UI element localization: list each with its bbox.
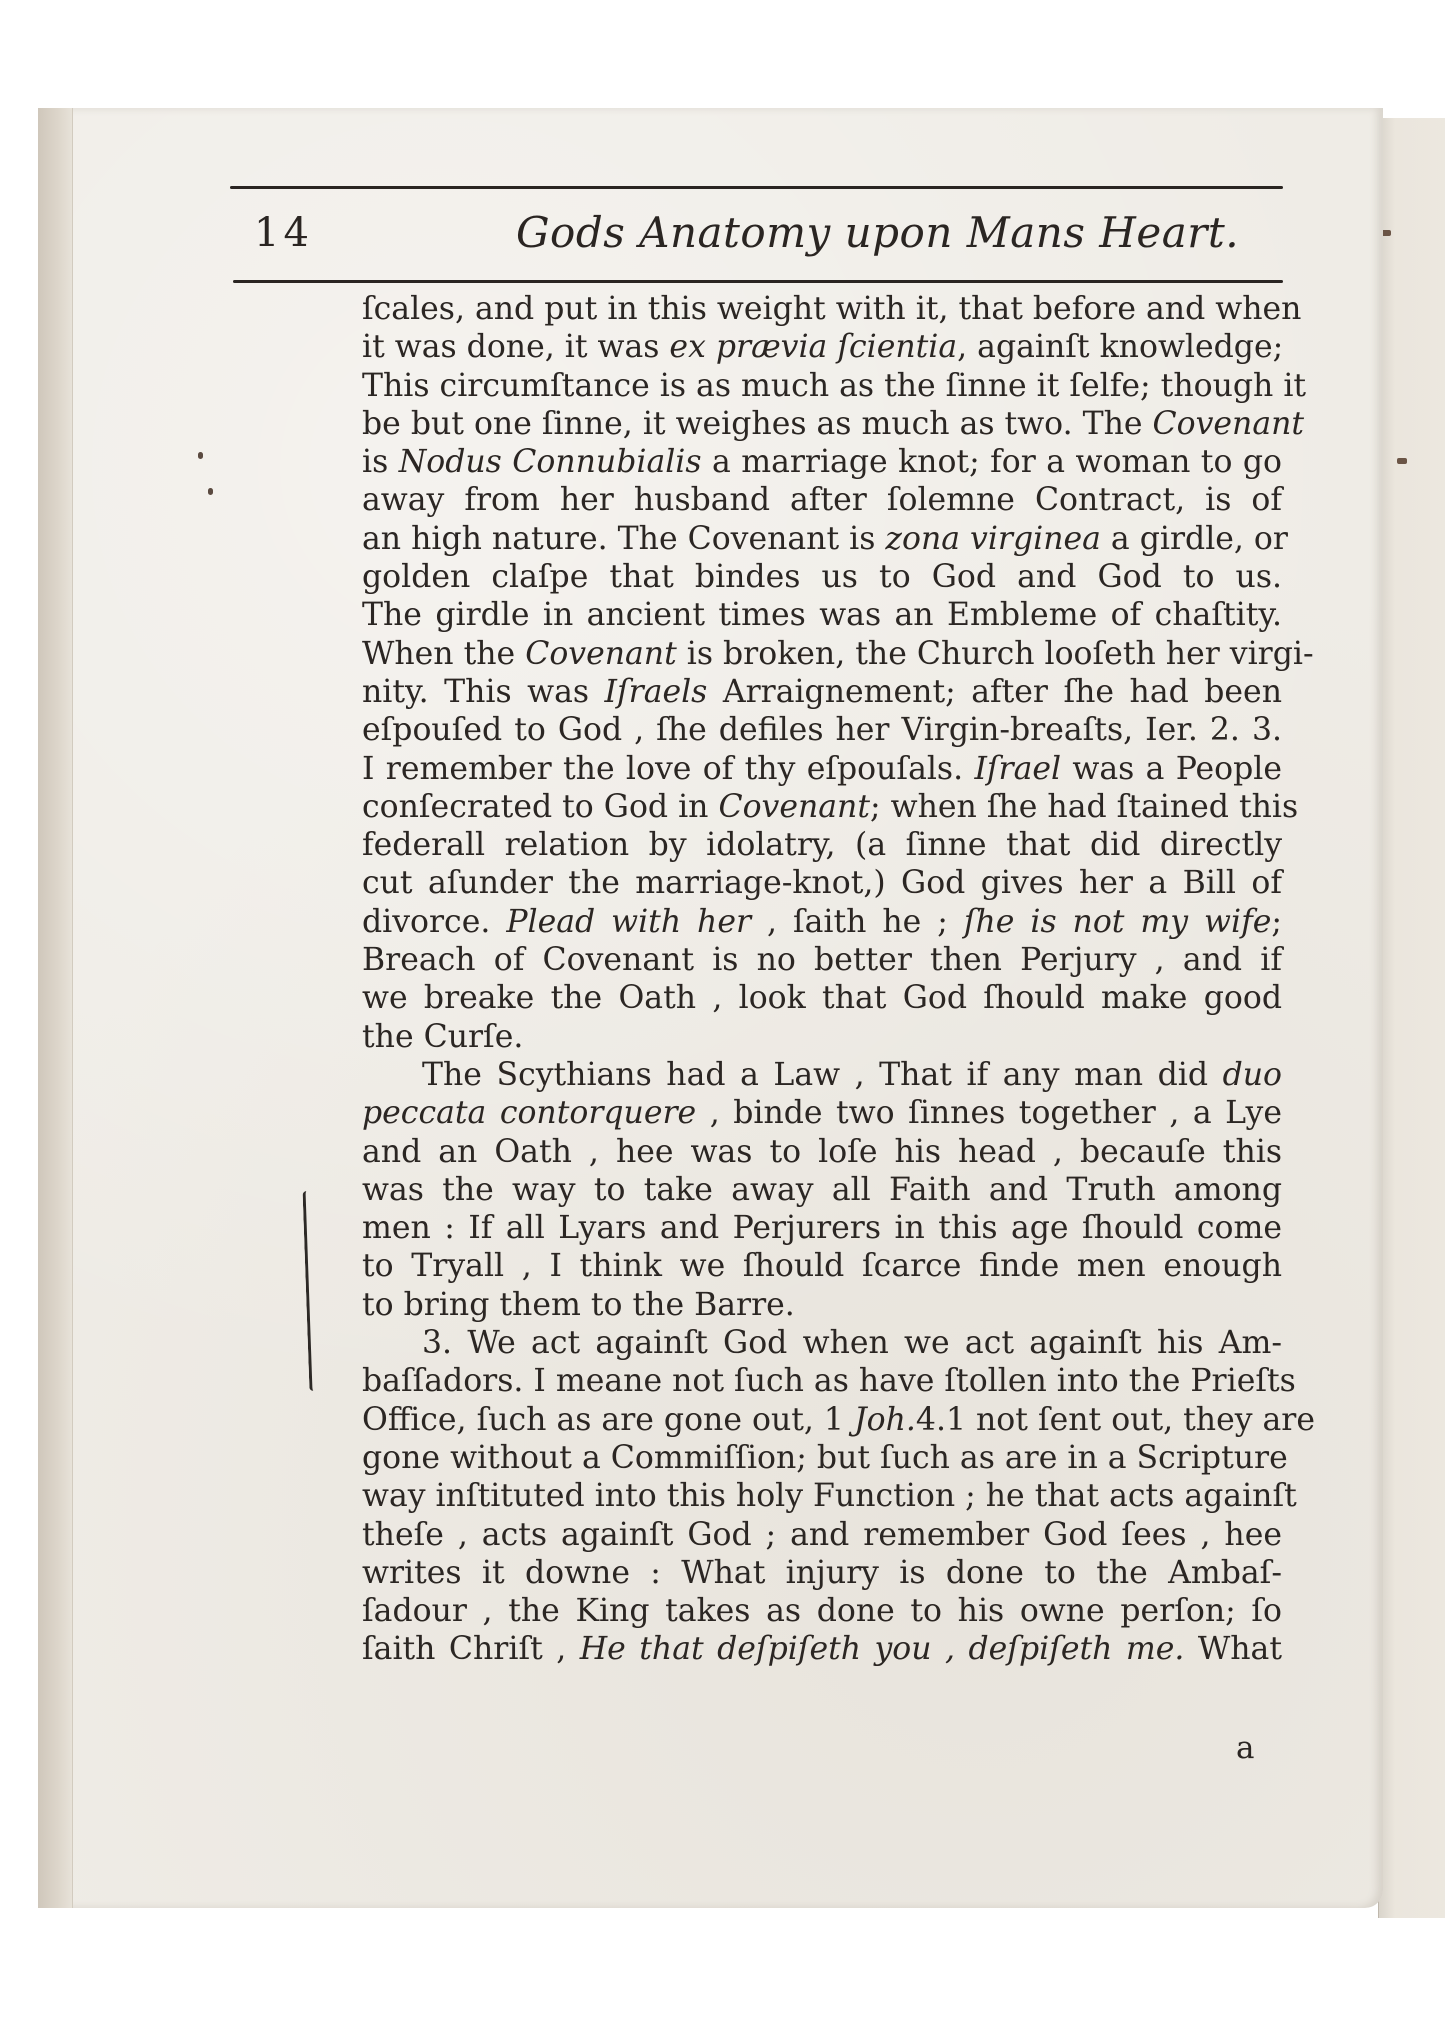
text-line: federall relation by idolatry, (a ſinne … — [362, 826, 1282, 864]
text-line: peccata contorquere , binde two ſinnes t… — [362, 1094, 1282, 1132]
italic-text: Covenant — [525, 636, 677, 672]
italic-text: Iſrael — [974, 751, 1061, 787]
text-segment: nity. This was — [362, 674, 605, 710]
text-segment: conſecrated to God in — [362, 789, 718, 825]
text-line: baſſadors. I meane not ſuch as have ſtol… — [362, 1362, 1282, 1400]
header-rule-top — [230, 186, 1283, 189]
text-segment: was the way to take away all Faith and T… — [362, 1172, 1282, 1208]
text-segment: theſe , acts againſt God ; and remember … — [362, 1517, 1282, 1553]
running-head: 14 Gods Anatomy upon Mans Heart. — [230, 204, 1283, 270]
text-line: gone without a Commiſſion; but ſuch as a… — [362, 1439, 1282, 1477]
text-segment: an high nature. The Covenant is — [362, 521, 885, 557]
text-line: nity. This was Iſraels Arraignement; aft… — [362, 673, 1282, 711]
text-line: ſaith Chriſt , He that deſpiſeth you , d… — [362, 1630, 1282, 1668]
text-line: 3. We act againſt God when we act againſ… — [362, 1324, 1282, 1362]
text-line: it was done, it was ex prævia ſcientia, … — [362, 328, 1282, 366]
text-line: ſadour , the King takes as done to his o… — [362, 1592, 1282, 1630]
text-line: The girdle in ancient times was an Emble… — [362, 596, 1282, 634]
text-segment: ſadour , the King takes as done to his o… — [362, 1593, 1282, 1629]
text-segment: federall relation by idolatry, (a ſinne … — [362, 827, 1282, 863]
text-segment: writes it downe : What injury is done to… — [362, 1555, 1282, 1591]
text-segment: I remember the love of thy eſpouſals. — [362, 751, 974, 787]
text-line: and an Oath , hee was to loſe his head ,… — [362, 1133, 1282, 1171]
text-line: When the Covenant is broken, the Church … — [362, 635, 1282, 673]
text-segment: to bring them to the Barre. — [362, 1287, 795, 1323]
text-line: I remember the love of thy eſpouſals. Iſ… — [362, 750, 1282, 788]
text-segment: ſcales, and put in this weight with it, … — [362, 291, 1301, 327]
text-segment: gone without a Commiſſion; but ſuch as a… — [362, 1440, 1288, 1476]
italic-text: Joh. — [854, 1402, 916, 1438]
text-segment: This circumſtance is as much as the ſinn… — [362, 368, 1306, 404]
text-segment: it was done, it was — [362, 329, 669, 365]
italic-text: duo — [1223, 1057, 1282, 1093]
text-segment: men : If all Lyars and Perjurers in this… — [362, 1210, 1282, 1246]
text-segment: eſpouſed to God , ſhe defiles her Virgin… — [362, 712, 1282, 748]
italic-text: ex prævia ſcientia — [669, 329, 957, 365]
book-page: 14 Gods Anatomy upon Mans Heart. ſcales,… — [38, 108, 1383, 1908]
text-segment: we breake the Oath , look that God ſhoul… — [362, 980, 1282, 1016]
text-line: cut aſunder the marriage-knot,) God give… — [362, 864, 1282, 902]
text-line: The Scythians had a Law , That if any ma… — [362, 1056, 1282, 1094]
text-segment: to Tryall , I think we ſhould ſcarce fin… — [362, 1248, 1282, 1284]
next-page-edge — [1378, 118, 1445, 1918]
text-line: divorce. Plead with her , ſaith he ; ſhe… — [362, 903, 1282, 941]
text-segment: divorce. — [362, 904, 506, 940]
text-segment: golden claſpe that bindes us to God and … — [362, 559, 1282, 595]
text-segment: When the — [362, 636, 525, 672]
text-segment: , againſt knowledge; — [957, 329, 1283, 365]
text-segment: ; when ſhe had ſtained this — [870, 789, 1298, 825]
text-line: Breach of Covenant is no better then Per… — [362, 941, 1282, 979]
text-segment: a girdle, or — [1101, 521, 1288, 557]
text-segment: The girdle in ancient times was an Emble… — [362, 597, 1282, 633]
text-segment: ſaith Chriſt , — [362, 1631, 580, 1667]
book-spread: 14 Gods Anatomy upon Mans Heart. ſcales,… — [0, 0, 1445, 2023]
text-segment: baſſadors. I meane not ſuch as have ſtol… — [362, 1363, 1296, 1399]
margin-annotation-bracket — [303, 1191, 317, 1391]
text-line: an high nature. The Covenant is zona vir… — [362, 520, 1282, 558]
text-line: ſcales, and put in this weight with it, … — [362, 290, 1282, 328]
text-segment: 3. We act againſt God when we act againſ… — [422, 1325, 1282, 1361]
text-line: eſpouſed to God , ſhe defiles her Virgin… — [362, 711, 1282, 749]
italic-text: Plead with her — [506, 904, 751, 940]
text-line: Office, ſuch as are gone out, 1 Joh.4.1 … — [362, 1401, 1282, 1439]
text-segment: be but one ſinne, it weighes as much as … — [362, 406, 1153, 442]
body-text: ſcales, and put in this weight with it, … — [362, 290, 1282, 1669]
italic-text: Iſraels — [605, 674, 708, 710]
italic-text: peccata contorquere — [362, 1095, 696, 1131]
text-line: golden claſpe that bindes us to God and … — [362, 558, 1282, 596]
text-line: men : If all Lyars and Perjurers in this… — [362, 1209, 1282, 1247]
text-line: to Tryall , I think we ſhould ſcarce fin… — [362, 1247, 1282, 1285]
text-segment: is — [362, 444, 399, 480]
italic-text: He that deſpiſeth you , deſpiſeth me. — [580, 1631, 1185, 1667]
margin-mark — [198, 452, 203, 459]
text-line: was the way to take away all Faith and T… — [362, 1171, 1282, 1209]
italic-text: Nodus Connubialis — [399, 444, 702, 480]
text-line: theſe , acts againſt God ; and remember … — [362, 1516, 1282, 1554]
text-segment: , ſaith he ; — [751, 904, 964, 940]
text-line: This circumſtance is as much as the ſinn… — [362, 367, 1282, 405]
text-line: way inſtituted into this holy Function ;… — [362, 1477, 1282, 1515]
text-segment: way inſtituted into this holy Function ;… — [362, 1478, 1297, 1514]
italic-text: Covenant — [718, 789, 870, 825]
text-segment: was a People — [1061, 751, 1282, 787]
page-number: 14 — [254, 210, 313, 256]
text-segment: the Curſe. — [362, 1019, 523, 1055]
text-line: be but one ſinne, it weighes as much as … — [362, 405, 1282, 443]
text-segment: , binde two ſinnes together , a Lye — [696, 1095, 1282, 1131]
text-segment: is broken, the Church looſeth her virgi- — [677, 636, 1314, 672]
italic-text: zona virginea — [885, 521, 1101, 557]
text-segment: ; — [1271, 904, 1282, 940]
text-segment: Office, ſuch as are gone out, 1 — [362, 1402, 854, 1438]
text-segment: cut aſunder the marriage-knot,) God give… — [362, 865, 1282, 901]
italic-text: Covenant — [1153, 406, 1305, 442]
text-line: we breake the Oath , look that God ſhoul… — [362, 979, 1282, 1017]
text-segment: Arraignement; after ſhe had been — [707, 674, 1282, 710]
running-title: Gods Anatomy upon Mans Heart. — [516, 208, 1239, 257]
text-line: writes it downe : What injury is done to… — [362, 1554, 1282, 1592]
italic-text: ſhe is not my wife — [964, 904, 1272, 940]
margin-mark — [208, 488, 213, 495]
text-segment: 4.1 not ſent out, they are — [916, 1402, 1315, 1438]
catchword: a — [1236, 1730, 1254, 1766]
text-segment: What — [1184, 1631, 1282, 1667]
text-segment: and an Oath , hee was to loſe his head ,… — [362, 1134, 1282, 1170]
text-segment: The Scythians had a Law , That if any ma… — [422, 1057, 1223, 1093]
text-line: away from her husband after ſolemne Cont… — [362, 481, 1282, 519]
page-fold-gutter — [38, 108, 73, 1908]
text-line: to bring them to the Barre. — [362, 1286, 1282, 1324]
text-segment: a marriage knot; for a woman to go — [702, 444, 1282, 480]
header-rule-bottom — [233, 280, 1283, 283]
text-segment: Breach of Covenant is no better then Per… — [362, 942, 1282, 978]
text-line: conſecrated to God in Covenant; when ſhe… — [362, 788, 1282, 826]
text-line: the Curſe. — [362, 1018, 1282, 1056]
paper-blemish — [1397, 458, 1407, 464]
text-line: is Nodus Connubialis a marriage knot; fo… — [362, 443, 1282, 481]
text-segment: away from her husband after ſolemne Cont… — [362, 482, 1282, 518]
